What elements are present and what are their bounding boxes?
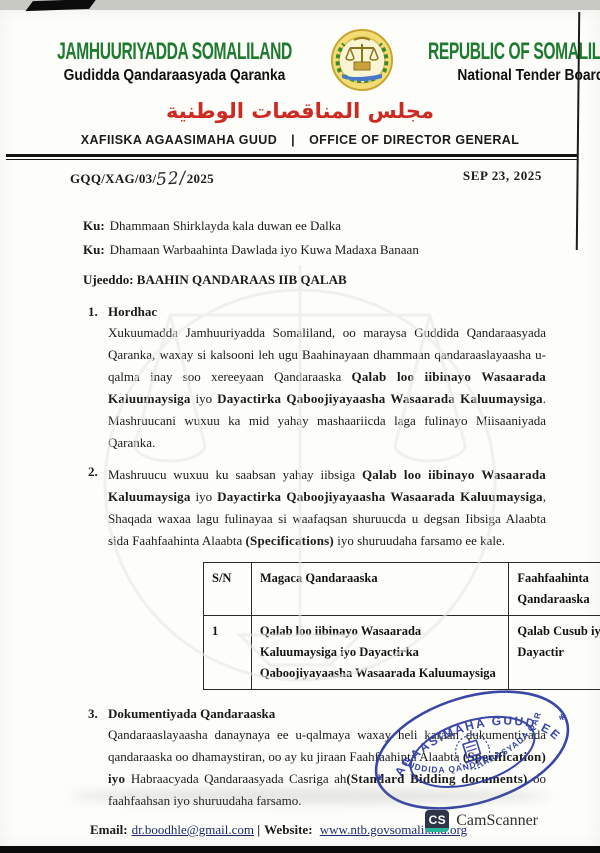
section-heading: Dokumentiyada Qandaraaska <box>108 706 546 722</box>
addressee-text: Dhammaan Shirklayda kala duwan ee Dalka <box>110 218 341 233</box>
reference-year: 2025 <box>187 171 214 186</box>
camscanner-watermark: CS CamScanner <box>425 810 538 832</box>
header-sn: S/N <box>204 563 252 616</box>
cell-sn: 1 <box>204 616 252 690</box>
scanned-document-page: JAMHUURIYADDA SOMALILAND Gudidda Qandara… <box>0 10 600 846</box>
section-hordhac: 1. Hordhac Xukuumadda Jamhuuriyadda Soma… <box>88 304 600 454</box>
contact-divider: | <box>257 822 260 837</box>
office-line: XAFIISKA AGAASIMAHA GUUD|OFFICE OF DIREC… <box>0 133 600 147</box>
addressee-label: Ku: <box>83 218 105 233</box>
letterhead-left: JAMHUURIYADDA SOMALILAND Gudidda Qandara… <box>24 41 325 85</box>
section-number: 1. <box>88 304 108 454</box>
addressee-block: Ku:Dhammaan Shirklayda kala duwan ee Dal… <box>83 218 600 258</box>
coat-of-arms-icon <box>330 28 394 92</box>
emblem <box>329 28 395 97</box>
letterhead: JAMHUURIYADDA SOMALILAND Gudidda Qandara… <box>0 10 600 160</box>
reference-row: GQQ/XAG/03/52/2025 SEP 23, 2025 <box>70 168 542 188</box>
reference-handwritten-number: 52/ <box>156 168 188 190</box>
camscanner-initials: CS <box>429 813 446 827</box>
tender-table: S/N Magaca Qandaraaska Faahfaahinta Qand… <box>203 562 600 690</box>
header-divider <box>6 154 578 160</box>
addressee-line: Ku:Dhamaan Warbaahinta Dawlada iyo Kuwa … <box>83 242 600 258</box>
header-tender-name: Magaca Qandaraaska <box>251 563 508 616</box>
arabic-title: مجلس المناقصات الوطنية <box>0 99 600 124</box>
email-label: Email: <box>90 822 128 837</box>
letterhead-right: REPUBLIC OF SOMALILAND National Tender B… <box>399 41 600 85</box>
section-number: 2. <box>88 464 108 552</box>
section-heading: Hordhac <box>108 304 546 320</box>
cell-tender-desc: Qalab Cusub iyo Dayactir <box>509 616 600 690</box>
section-list: 1. Hordhac Xukuumadda Jamhuuriyadda Soma… <box>88 304 600 812</box>
country-title-somali: JAMHUURIYADDA SOMALILAND <box>57 38 292 65</box>
scan-fold-shadow <box>70 788 550 804</box>
addressee-line: Ku:Dhammaan Shirklayda kala duwan ee Dal… <box>83 218 600 234</box>
section-mashruuc: 2. Mashruucu wuxuu ku saabsan yahay iibs… <box>88 464 600 552</box>
reference-number: GQQ/XAG/03/52/2025 <box>70 168 214 188</box>
section-paragraph: Xukuumadda Jamhuuriyadda Somaliland, oo … <box>108 322 546 454</box>
reference-prefix: GQQ/XAG/03/ <box>70 171 156 186</box>
subject-text: BAAHIN QANDARAAS IIB QALAB <box>137 272 347 287</box>
date-stamp: SEP 23, 2025 <box>463 168 542 184</box>
office-separator: | <box>291 133 295 147</box>
scan-bottom-edge <box>0 846 600 853</box>
office-english: OFFICE OF DIRECTOR GENERAL <box>309 133 519 147</box>
table-row: 1 Qalab loo iibinayo Wasaarada Kaluumays… <box>204 616 600 690</box>
website-label: Website: <box>264 822 312 837</box>
camscanner-label: CamScanner <box>456 812 538 830</box>
table-header-row: S/N Magaca Qandaraaska Faahfaahinta Qand… <box>204 563 600 616</box>
subject-label: Ujeeddo: <box>83 272 134 287</box>
section-paragraph: Mashruucu wuxuu ku saabsan yahay iibsiga… <box>108 464 546 552</box>
addressee-label: Ku: <box>83 242 105 257</box>
country-title-english: REPUBLIC OF SOMALILAND <box>428 38 600 65</box>
board-title-somali: Gudidda Qandaraasyada Qaranka <box>64 66 286 83</box>
office-somali: XAFIISKA AGAASIMAHA GUUD <box>81 133 277 147</box>
email-link[interactable]: dr.boodhle@gmail.com <box>132 822 254 837</box>
subject-line: Ujeeddo: BAAHIN QANDARAAS IIB QALAB <box>83 272 600 288</box>
addressee-text: Dhamaan Warbaahinta Dawlada iyo Kuwa Mad… <box>110 242 419 257</box>
header-tender-desc: Faahfaahinta Qandaraaska <box>509 563 600 616</box>
camscanner-icon: CS <box>425 810 449 832</box>
cell-tender-name: Qalab loo iibinayo Wasaarada Kaluumaysig… <box>251 616 508 690</box>
